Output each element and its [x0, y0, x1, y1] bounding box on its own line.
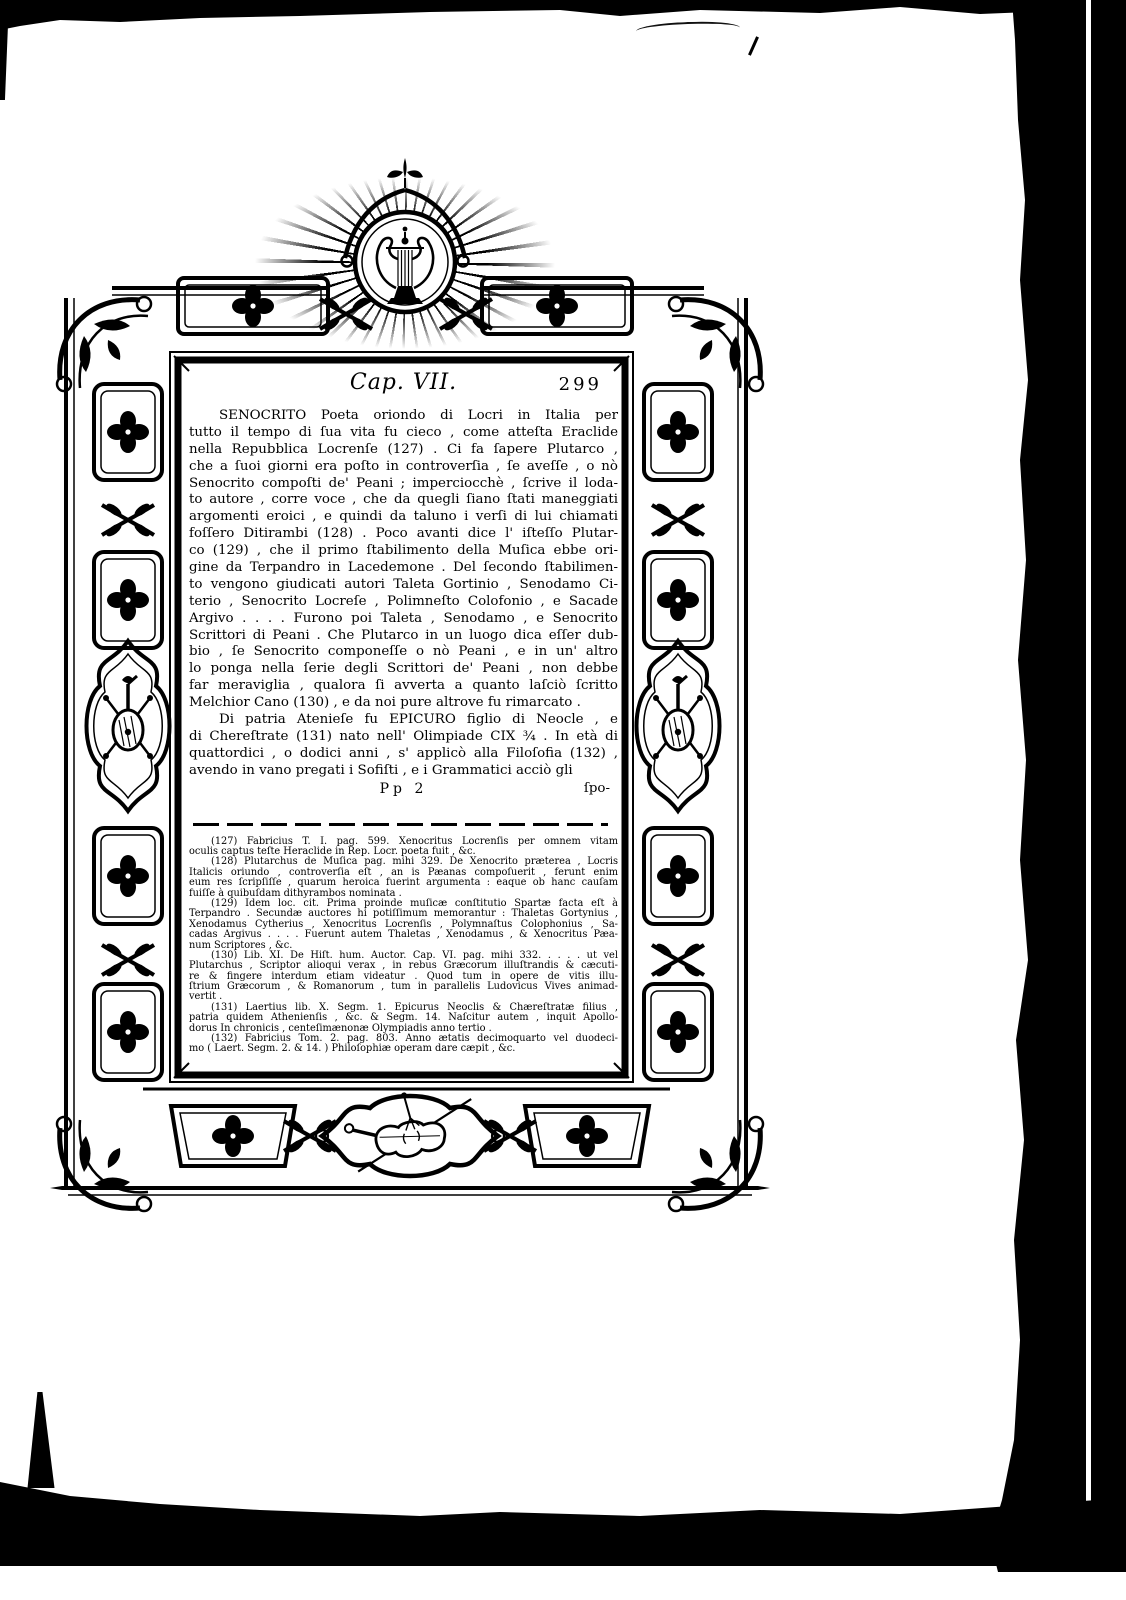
signature-row: Pp 2 ſpo-	[189, 781, 618, 799]
text-line: foſſero Ditirambi (128) . Poco avanti di…	[189, 526, 618, 543]
leaf-cross-icon	[440, 295, 492, 332]
footnote: (131) Laertius lib. X. Segm. 1. Epicurus…	[189, 1003, 618, 1034]
rosette-icon	[107, 1011, 149, 1053]
rosette-icon	[657, 411, 699, 453]
text-line: quattordici , o dodici anni , s' applicò…	[189, 746, 618, 763]
lute-icon	[653, 676, 703, 759]
pen-mark	[748, 36, 759, 55]
scan-edge-gap	[1086, 0, 1091, 1558]
text-line: Senocrito compoſti de' Peani ; impercioc…	[189, 476, 618, 493]
text-line: bio , ſe Senocrito componeſſe o nò Peani…	[189, 644, 618, 661]
text-line: Scrittori di Peani . Che Plutarco in un …	[189, 628, 618, 645]
leaf-cross-icon	[102, 501, 154, 538]
rosette-icon	[212, 1115, 254, 1157]
text-line: gine da Terpandro in Lacedemone . Del ſe…	[189, 560, 618, 577]
footnote: (128) Plutarchus de Muſica pag. mihi 329…	[189, 857, 618, 899]
left-band	[87, 384, 170, 1080]
footnote-separator	[193, 823, 608, 826]
scan-edge-bottom	[0, 1470, 1126, 1566]
rosette-icon	[107, 579, 149, 621]
footnotes: (127) Fabricius T. I. pag. 599. Xenocrit…	[189, 837, 618, 1055]
text-line: Argivo . . . . Furono poi Taleta , Senod…	[189, 611, 618, 628]
text-line: nella Repubblica Locrenſe (127) . Ci fa …	[189, 442, 618, 459]
corner-scroll-icon	[669, 1117, 763, 1211]
lute-icon	[103, 676, 153, 759]
text-line: Melchior Cano (130) , e da noi pure altr…	[189, 695, 618, 712]
text-line: argomenti eroici , e quindi da taluno i …	[189, 509, 618, 526]
rosette-icon	[657, 579, 699, 621]
footnote: (132) Fabricius Tom. 2. pag. 803. Anno æ…	[189, 1034, 618, 1055]
rosette-icon	[536, 285, 578, 327]
fleur-finial-icon	[387, 158, 423, 188]
right-band	[637, 384, 720, 1080]
text-line: cadas Argivus . . . . Fuerunt autem Thal…	[189, 930, 618, 940]
paragraph: SENOCRITO Poeta oriondo di Locri in Ital…	[189, 408, 618, 712]
scan-edge-top	[0, 0, 1126, 32]
corner-scroll-icon	[57, 297, 151, 391]
footnote: (129) Idem loc. cit. Prima proinde muſic…	[189, 899, 618, 951]
chapter-heading: Cap. VII.	[189, 370, 618, 395]
scan-edge-right	[990, 0, 1126, 1572]
text-panel: Cap. VII. 299 SENOCRITO Poeta oriondo di…	[189, 366, 618, 1066]
page-header: Cap. VII. 299	[189, 370, 618, 400]
leaf-cross-icon	[652, 501, 704, 538]
corner-scroll-icon	[57, 1117, 151, 1211]
page-number: 299	[559, 374, 602, 395]
text-line: mo ( Laert. Segm. 2. & 14. ) Philoſophiæ…	[189, 1044, 618, 1054]
bottom-band	[171, 1083, 649, 1176]
rosette-icon	[657, 855, 699, 897]
crest	[342, 158, 469, 312]
text-line: SENOCRITO Poeta oriondo di Locri in Ital…	[189, 408, 618, 425]
text-line: co (129) , che il primo ſtabilimento del…	[189, 543, 618, 560]
text-line: to vengono giudicati autori Taleta Gorti…	[189, 577, 618, 594]
text-line: che a ſuoi giorni era poſto in controver…	[189, 459, 618, 476]
text-line: avendo in vano pregati i Sofiſti , e i G…	[189, 763, 618, 780]
text-line: eum res ſcripſiſſe , quarum heroica fuer…	[189, 878, 618, 888]
leaf-cross-icon	[102, 941, 154, 978]
rosette-icon	[657, 1011, 699, 1053]
paragraph: Di patria Atenieſe fu EPICURO figlio di …	[189, 712, 618, 780]
scan-streak	[26, 1392, 56, 1488]
text-line: di Chereſtrate (131) nato nell' Olimpiad…	[189, 729, 618, 746]
text-line: Di patria Atenieſe fu EPICURO figlio di …	[189, 712, 618, 729]
scan-edge-left	[0, 0, 9, 100]
leaf-cross-icon	[652, 941, 704, 978]
rosette-icon	[107, 855, 149, 897]
text-line: terio , Senocrito Locreſe , Polimneſto C…	[189, 594, 618, 611]
text-line: tutto il tempo di ſua vita fu cieco , co…	[189, 425, 618, 442]
footnote: (127) Fabricius T. I. pag. 599. Xenocrit…	[189, 837, 618, 858]
text-line: ſtrium Græcorum , & Romanorum , tum in p…	[189, 982, 618, 992]
text-line: lo ponga nella ſerie degli Scrittori de'…	[189, 661, 618, 678]
rosette-icon	[107, 411, 149, 453]
body-text: SENOCRITO Poeta oriondo di Locri in Ital…	[189, 408, 618, 780]
rosette-icon	[566, 1115, 608, 1157]
text-line: to autore , corre voce , che da quegli ſ…	[189, 492, 618, 509]
signature-mark: Pp 2	[189, 781, 618, 797]
corner-scroll-icon	[669, 297, 763, 391]
scan-curve-mark	[636, 20, 740, 39]
text-line: far meraviglia , qualora ſi avverta a qu…	[189, 678, 618, 695]
rosette-icon	[232, 285, 274, 327]
book-page-scan: { "page": { "header": { "chapter": "Cap.…	[0, 0, 1126, 1600]
catchword: ſpo-	[584, 781, 610, 796]
footnote: (130) Lib. XI. De Hiſt. hum. Auctor. Cap…	[189, 951, 618, 1003]
